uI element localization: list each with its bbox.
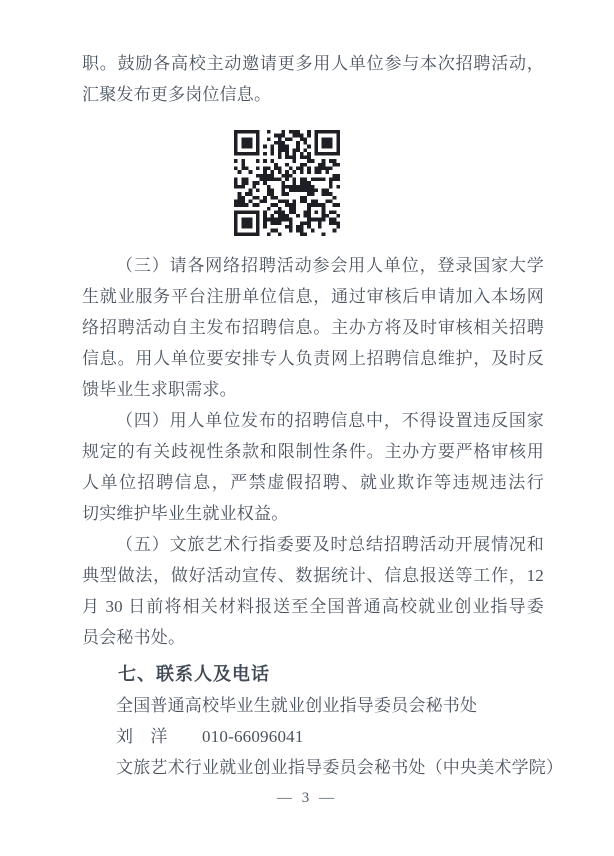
text-line: 月 30 日前将相关材料报送至全国普通高校就业创业指导委: [82, 591, 544, 622]
paragraph: 文旅艺术行业就业创业指导委员会秘书处（中央美术学院）: [82, 752, 544, 783]
text-line: 刘 洋 010-66096041: [82, 721, 544, 752]
qr-code: [234, 130, 340, 236]
paragraph: （五）文旅艺术行指委要及时总结招聘活动开展情况和典型做法，做好活动宣传、数据统计…: [82, 529, 544, 653]
text-line: 七、联系人及电话: [82, 659, 544, 690]
text-line: 全国普通高校毕业生就业创业指导委员会秘书处: [82, 690, 544, 721]
text-line: 汇聚发布更多岗位信息。: [82, 79, 544, 110]
text-line: （三）请各网络招聘活动参会用人单位，登录国家大学: [82, 250, 544, 281]
document-page: 职。鼓励各高校主动邀请更多用人单位参与本次招聘活动，汇聚发布更多岗位信息。（三）…: [0, 0, 614, 856]
page-number: — 3 —: [0, 787, 614, 809]
text-line: 规定的有关歧视性条款和限制性条件。主办方要严格审核用: [82, 436, 544, 467]
text-line: （五）文旅艺术行指委要及时总结招聘活动开展情况和: [82, 529, 544, 560]
text-line: 生就业服务平台注册单位信息，通过审核后申请加入本场网: [82, 281, 544, 312]
text-line: 职。鼓励各高校主动邀请更多用人单位参与本次招聘活动，: [82, 48, 544, 79]
section-heading: 七、联系人及电话: [82, 659, 544, 690]
text-line: （四）用人单位发布的招聘信息中，不得设置违反国家: [82, 405, 544, 436]
paragraph: （三）请各网络招聘活动参会用人单位，登录国家大学生就业服务平台注册单位信息，通过…: [82, 250, 544, 405]
text-line: 络招聘活动自主发布招聘信息。主办方将及时审核相关招聘: [82, 312, 544, 343]
paragraph: 全国普通高校毕业生就业创业指导委员会秘书处: [82, 690, 544, 721]
text-line: 信息。用人单位要安排专人负责网上招聘信息维护，及时反: [82, 343, 544, 374]
paragraph: 职。鼓励各高校主动邀请更多用人单位参与本次招聘活动，汇聚发布更多岗位信息。: [82, 48, 544, 110]
paragraph: （四）用人单位发布的招聘信息中，不得设置违反国家规定的有关歧视性条款和限制性条件…: [82, 405, 544, 529]
text-line: 馈毕业生求职需求。: [82, 374, 544, 405]
text-line: 人单位招聘信息，严禁虚假招聘、就业欺诈等违规违法行为，: [82, 467, 544, 498]
text-line: 切实维护毕业生就业权益。: [82, 498, 544, 529]
paragraph: 刘 洋 010-66096041: [82, 721, 544, 752]
text-line: 典型做法，做好活动宣传、数据统计、信息报送等工作，12: [82, 560, 544, 591]
text-line: 员会秘书处。: [82, 622, 544, 653]
text-line: 文旅艺术行业就业创业指导委员会秘书处（中央美术学院）: [82, 752, 544, 783]
document-body: 职。鼓励各高校主动邀请更多用人单位参与本次招聘活动，汇聚发布更多岗位信息。（三）…: [82, 48, 544, 783]
